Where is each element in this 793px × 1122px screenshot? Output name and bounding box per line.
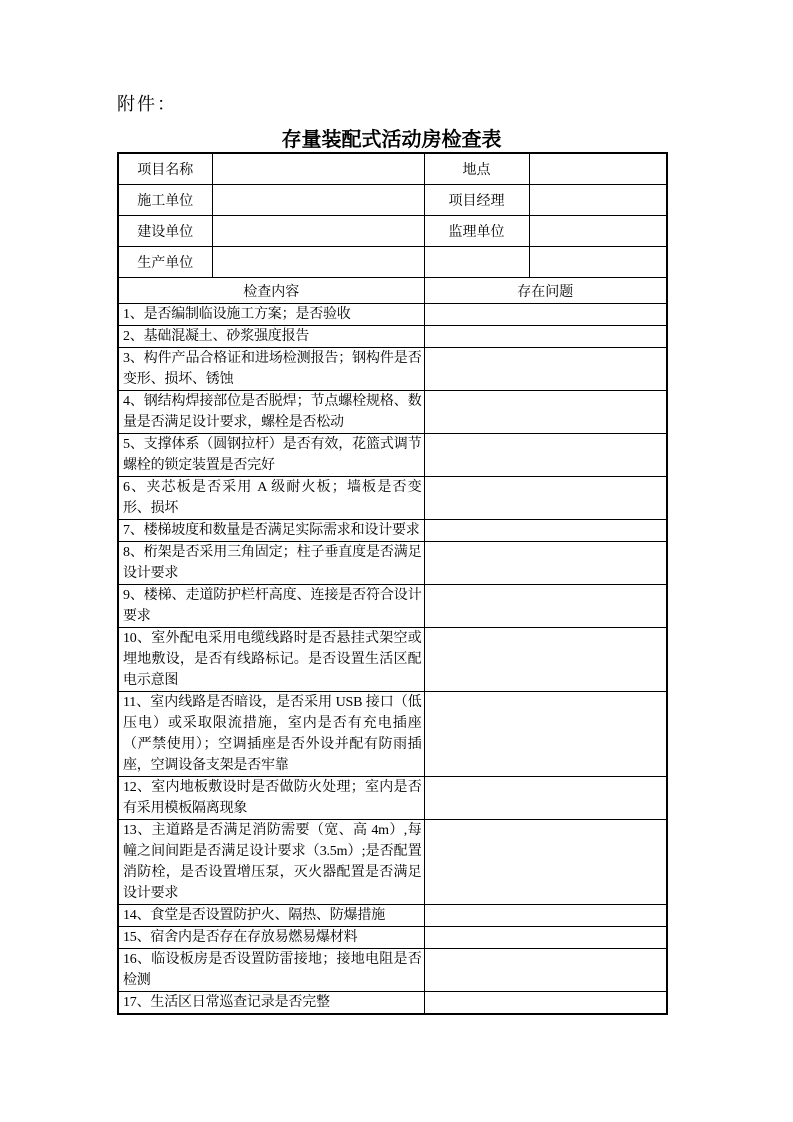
info-value-cell bbox=[212, 216, 424, 247]
checklist-issue-cell bbox=[424, 542, 667, 585]
checklist-row: 7、楼梯坡度和数量是否满足实际需求和设计要求 bbox=[118, 520, 667, 542]
info-row: 建设单位 监理单位 bbox=[118, 216, 667, 247]
page-title: 存量装配式活动房检查表 bbox=[117, 123, 666, 152]
info-label-cell: 监理单位 bbox=[424, 216, 529, 247]
checklist-row: 6、夹芯板是否采用 A 级耐火板；墙板是否变形、损坏 bbox=[118, 477, 667, 520]
checklist-issue-cell bbox=[424, 585, 667, 628]
issues-header-cell: 存在问题 bbox=[424, 278, 667, 304]
checklist-item-cell: 13、主道路是否满足消防需要（宽、高 4m）,每幢之间间距是否满足设计要求（3.… bbox=[118, 820, 424, 905]
checklist-row: 15、宿舍内是否存在存放易燃易爆材料 bbox=[118, 927, 667, 949]
checklist-item-cell: 4、钢结构焊接部位是否脱焊；节点螺栓规格、数量是否满足设计要求，螺栓是否松动 bbox=[118, 391, 424, 434]
checklist-item-cell: 15、宿舍内是否存在存放易燃易爆材料 bbox=[118, 927, 424, 949]
checklist-row: 5、支撑体系（圆钢拉杆）是否有效，花篮式调节螺栓的锁定装置是否完好 bbox=[118, 434, 667, 477]
checklist-row: 1、是否编制临设施工方案；是否验收 bbox=[118, 304, 667, 326]
info-value-cell bbox=[529, 153, 667, 185]
checklist-row: 14、食堂是否设置防护火、隔热、防爆措施 bbox=[118, 905, 667, 927]
checklist-issue-cell bbox=[424, 304, 667, 326]
checklist-item-cell: 3、构件产品合格证和进场检测报告；钢构件是否变形、损坏、锈蚀 bbox=[118, 348, 424, 391]
info-label-cell: 项目经理 bbox=[424, 185, 529, 216]
checklist-issue-cell bbox=[424, 477, 667, 520]
checklist-item-cell: 2、基础混凝土、砂浆强度报告 bbox=[118, 326, 424, 348]
checklist-item-cell: 14、食堂是否设置防护火、隔热、防爆措施 bbox=[118, 905, 424, 927]
checklist-row: 8、桁架是否采用三角固定；柱子垂直度是否满足设计要求 bbox=[118, 542, 667, 585]
checklist-issue-cell bbox=[424, 777, 667, 820]
attachment-label: 附件： bbox=[117, 90, 177, 116]
checklist-issue-cell bbox=[424, 820, 667, 905]
checklist-item-cell: 16、临设板房是否设置防雷接地；接地电阻是否检测 bbox=[118, 949, 424, 992]
info-label-cell: 地点 bbox=[424, 153, 529, 185]
checklist-item-cell: 10、室外配电采用电缆线路时是否悬挂式架空或埋地敷设，是否有线路标记。是否设置生… bbox=[118, 628, 424, 692]
info-value-cell bbox=[529, 185, 667, 216]
checklist-issue-cell bbox=[424, 434, 667, 477]
info-label-cell bbox=[424, 247, 529, 278]
checklist-issue-cell bbox=[424, 927, 667, 949]
checklist-row: 4、钢结构焊接部位是否脱焊；节点螺栓规格、数量是否满足设计要求，螺栓是否松动 bbox=[118, 391, 667, 434]
checklist-issue-cell bbox=[424, 692, 667, 777]
info-value-cell bbox=[529, 216, 667, 247]
checklist-row: 16、临设板房是否设置防雷接地；接地电阻是否检测 bbox=[118, 949, 667, 992]
checklist-item-cell: 17、生活区日常巡查记录是否完整 bbox=[118, 992, 424, 1015]
checklist-row: 9、楼梯、走道防护栏杆高度、连接是否符合设计要求 bbox=[118, 585, 667, 628]
info-label-cell: 建设单位 bbox=[118, 216, 212, 247]
checklist-issue-cell bbox=[424, 949, 667, 992]
checklist-row: 13、主道路是否满足消防需要（宽、高 4m）,每幢之间间距是否满足设计要求（3.… bbox=[118, 820, 667, 905]
info-label-cell: 生产单位 bbox=[118, 247, 212, 278]
inspection-table: 项目名称 地点 施工单位 项目经理 建设单位 监理单位 生产单位 检查内容 存在… bbox=[117, 152, 668, 1015]
checklist-item-cell: 6、夹芯板是否采用 A 级耐火板；墙板是否变形、损坏 bbox=[118, 477, 424, 520]
checklist-issue-cell bbox=[424, 520, 667, 542]
checklist-issue-cell bbox=[424, 326, 667, 348]
info-value-cell bbox=[212, 247, 424, 278]
info-row: 项目名称 地点 bbox=[118, 153, 667, 185]
checklist-item-cell: 7、楼梯坡度和数量是否满足实际需求和设计要求 bbox=[118, 520, 424, 542]
checklist-item-cell: 8、桁架是否采用三角固定；柱子垂直度是否满足设计要求 bbox=[118, 542, 424, 585]
checklist-row: 17、生活区日常巡查记录是否完整 bbox=[118, 992, 667, 1015]
checklist-row: 10、室外配电采用电缆线路时是否悬挂式架空或埋地敷设，是否有线路标记。是否设置生… bbox=[118, 628, 667, 692]
checklist-issue-cell bbox=[424, 905, 667, 927]
info-label-cell: 项目名称 bbox=[118, 153, 212, 185]
checklist-item-cell: 12、室内地板敷设时是否做防火处理；室内是否有采用模板隔离现象 bbox=[118, 777, 424, 820]
checklist-issue-cell bbox=[424, 628, 667, 692]
section-header-row: 检查内容 存在问题 bbox=[118, 278, 667, 304]
checklist-row: 11、室内线路是否暗设，是否采用 USB 接口（低压电）或采取限流措施，室内是否… bbox=[118, 692, 667, 777]
info-value-cell bbox=[212, 185, 424, 216]
checklist-row: 3、构件产品合格证和进场检测报告；钢构件是否变形、损坏、锈蚀 bbox=[118, 348, 667, 391]
checklist-item-cell: 5、支撑体系（圆钢拉杆）是否有效，花篮式调节螺栓的锁定装置是否完好 bbox=[118, 434, 424, 477]
info-row: 生产单位 bbox=[118, 247, 667, 278]
content-header-cell: 检查内容 bbox=[118, 278, 424, 304]
checklist-issue-cell bbox=[424, 992, 667, 1015]
checklist-item-cell: 11、室内线路是否暗设，是否采用 USB 接口（低压电）或采取限流措施，室内是否… bbox=[118, 692, 424, 777]
checklist-issue-cell bbox=[424, 391, 667, 434]
info-value-cell bbox=[529, 247, 667, 278]
checklist-row: 12、室内地板敷设时是否做防火处理；室内是否有采用模板隔离现象 bbox=[118, 777, 667, 820]
checklist-issue-cell bbox=[424, 348, 667, 391]
info-label-cell: 施工单位 bbox=[118, 185, 212, 216]
checklist-item-cell: 9、楼梯、走道防护栏杆高度、连接是否符合设计要求 bbox=[118, 585, 424, 628]
checklist-item-cell: 1、是否编制临设施工方案；是否验收 bbox=[118, 304, 424, 326]
info-value-cell bbox=[212, 153, 424, 185]
checklist-row: 2、基础混凝土、砂浆强度报告 bbox=[118, 326, 667, 348]
info-row: 施工单位 项目经理 bbox=[118, 185, 667, 216]
